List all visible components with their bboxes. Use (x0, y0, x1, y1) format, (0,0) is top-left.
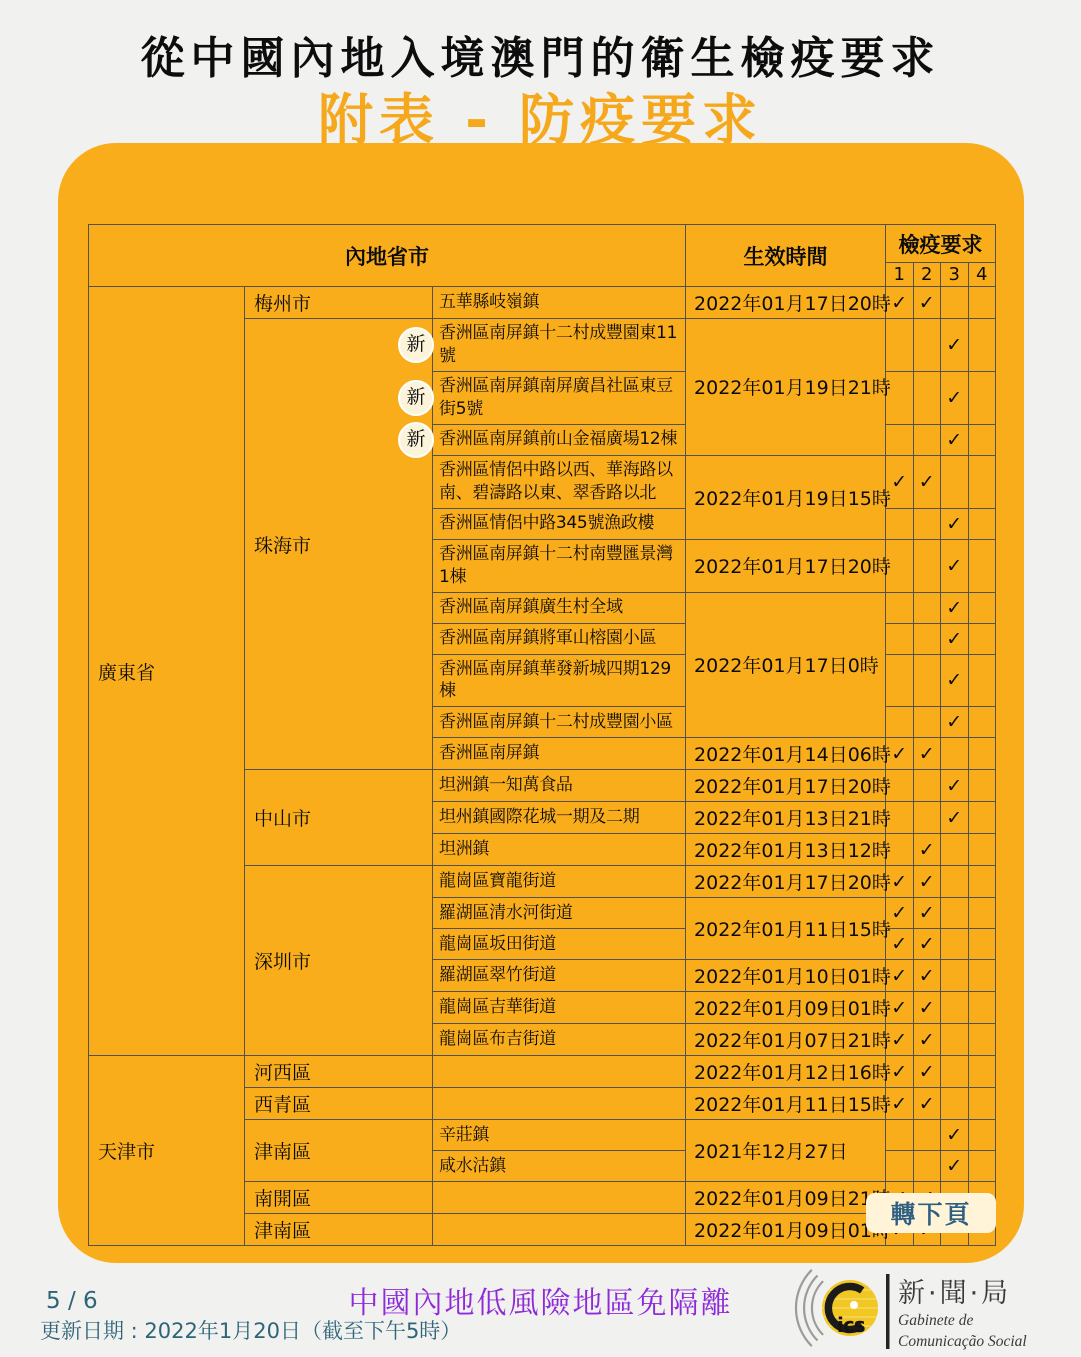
check-cell (941, 960, 969, 992)
check-cell (968, 654, 996, 707)
detail-cell: 坦州鎮國際花城一期及二期 (433, 802, 686, 834)
check-cell: ✓ (913, 287, 941, 319)
check-cell (968, 1056, 996, 1088)
check-cell (968, 508, 996, 539)
check-cell (968, 1151, 996, 1182)
check-cell: ✓ (913, 1088, 941, 1120)
check-cell (941, 1088, 969, 1120)
detail-text: 香洲區情侶中路345號漁政樓 (439, 513, 654, 533)
date-cell: 2022年01月07日21時 (686, 1024, 886, 1056)
check-cell (968, 623, 996, 654)
check-cell: ✓ (941, 1151, 969, 1182)
check-cell (886, 592, 914, 623)
detail-text: 五華縣岐嶺鎮 (439, 292, 539, 312)
detail-cell: 香洲區情侶中路345號漁政樓 (433, 508, 686, 539)
detail-cell: 龍崗區寶龍街道 (433, 866, 686, 898)
detail-cell: 龍崗區坂田街道 (433, 929, 686, 960)
date-cell: 2022年01月13日21時 (686, 802, 886, 834)
detail-cell: 香洲區南屏鎮十二村南豐匯景灣1棟 (433, 539, 686, 592)
check-cell (913, 654, 941, 707)
check-cell (913, 707, 941, 738)
date-cell: 2022年01月17日20時 (686, 770, 886, 802)
detail-text: 辛莊鎮 (439, 1125, 489, 1145)
check-cell (968, 992, 996, 1024)
date-cell: 2022年01月09日01時 (686, 1214, 886, 1246)
detail-cell: 香洲區情侶中路以西、華海路以南、碧濤路以東、翠香路以北 (433, 455, 686, 508)
detail-text: 坦洲鎮 (439, 839, 489, 859)
header-req-col: 2 (913, 263, 941, 287)
detail-cell (433, 1088, 686, 1120)
gcs-logo-disc-icon: ics (820, 1280, 880, 1337)
check-cell (913, 1151, 941, 1182)
detail-text: 香洲區南屏鎮南屏廣昌社區東豆街5號 (439, 376, 673, 419)
detail-text: 香洲區南屏鎮十二村成豐園小區 (439, 712, 673, 732)
date-cell: 2022年01月13日12時 (686, 834, 886, 866)
check-cell: ✓ (941, 592, 969, 623)
check-cell (886, 508, 914, 539)
detail-text: 香洲區情侶中路以西、華海路以南、碧濤路以東、翠香路以北 (439, 460, 673, 503)
check-cell (968, 1120, 996, 1151)
check-cell: ✓ (913, 960, 941, 992)
date-cell: 2022年01月19日21時 (686, 319, 886, 456)
header-req-col: 1 (886, 263, 914, 287)
date-cell: 2022年01月17日20時 (686, 866, 886, 898)
table-row: 天津市河西區2022年01月12日16時✓✓ (89, 1056, 996, 1088)
new-badge: 新 (398, 422, 434, 458)
detail-cell: 新香洲區南屏鎮十二村成豐園東11號 (433, 319, 686, 372)
check-cell: ✓ (913, 1024, 941, 1056)
gcs-logo-zh: 新·聞·局 (898, 1278, 1011, 1309)
check-cell: ✓ (913, 992, 941, 1024)
check-cell: ✓ (941, 1120, 969, 1151)
detail-cell: 香洲區南屏鎮華發新城四期129棟 (433, 654, 686, 707)
check-cell (886, 623, 914, 654)
check-cell (968, 287, 996, 319)
check-cell (941, 898, 969, 929)
check-cell (941, 738, 969, 770)
detail-cell (433, 1214, 686, 1246)
check-cell: ✓ (941, 539, 969, 592)
check-cell (941, 287, 969, 319)
detail-cell: 香洲區南屏鎮 (433, 738, 686, 770)
detail-text: 龍崗區吉華街道 (439, 997, 556, 1017)
detail-cell: 羅湖區清水河街道 (433, 898, 686, 929)
detail-text: 龍崗區布吉街道 (439, 1029, 556, 1049)
header-region: 內地省市 (89, 225, 686, 287)
check-cell (968, 424, 996, 455)
detail-cell: 咸水沽鎮 (433, 1151, 686, 1182)
check-cell (968, 770, 996, 802)
check-cell (886, 1120, 914, 1151)
detail-text: 坦洲鎮一知萬食品 (439, 775, 573, 795)
check-cell: ✓ (913, 738, 941, 770)
detail-cell: 新香洲區南屏鎮前山金福廣場12棟 (433, 424, 686, 455)
detail-cell (433, 1056, 686, 1088)
next-page-button[interactable]: 轉下頁 (866, 1193, 996, 1233)
city-cell: 津南區 (245, 1214, 433, 1246)
detail-cell: 香洲區南屏鎮廣生村全域 (433, 592, 686, 623)
date-cell: 2022年01月14日06時 (686, 738, 886, 770)
date-cell: 2022年01月17日0時 (686, 592, 886, 738)
check-cell: ✓ (913, 898, 941, 929)
check-cell: ✓ (941, 654, 969, 707)
check-cell: ✓ (941, 770, 969, 802)
city-cell: 梅州市 (245, 287, 433, 319)
detail-cell: 坦洲鎮一知萬食品 (433, 770, 686, 802)
check-cell (968, 592, 996, 623)
detail-cell: 坦洲鎮 (433, 834, 686, 866)
detail-text: 香洲區南屏鎮前山金福廣場12棟 (439, 429, 677, 449)
check-cell (913, 623, 941, 654)
detail-text: 龍崗區寶龍街道 (439, 871, 556, 891)
check-cell (886, 654, 914, 707)
check-cell (968, 802, 996, 834)
table-card: 內地省市生效時間檢疫要求1234廣東省梅州市五華縣岐嶺鎮2022年01月17日2… (58, 143, 1024, 1263)
check-cell (913, 592, 941, 623)
check-cell (968, 707, 996, 738)
check-cell: ✓ (913, 929, 941, 960)
gcs-logo-pt1: Gabinete de (898, 1312, 973, 1329)
check-cell: ✓ (941, 424, 969, 455)
check-cell (941, 1024, 969, 1056)
detail-cell: 香洲區南屏鎮將軍山榕園小區 (433, 623, 686, 654)
check-cell (886, 1151, 914, 1182)
check-cell (913, 371, 941, 424)
check-cell (968, 1088, 996, 1120)
check-cell (968, 929, 996, 960)
check-cell (968, 455, 996, 508)
date-cell: 2022年01月17日20時 (686, 539, 886, 592)
detail-text: 香洲區南屏鎮 (439, 743, 539, 763)
check-cell (968, 1024, 996, 1056)
check-cell: ✓ (941, 319, 969, 372)
check-cell (913, 424, 941, 455)
detail-cell: 五華縣岐嶺鎮 (433, 287, 686, 319)
detail-cell: 辛莊鎮 (433, 1120, 686, 1151)
check-cell (913, 539, 941, 592)
detail-text: 香洲區南屏鎮十二村成豐園東11號 (439, 323, 677, 366)
check-cell (941, 866, 969, 898)
check-cell (941, 834, 969, 866)
check-cell (913, 508, 941, 539)
gcs-logo: ics 新·聞·局 Gabinete de Comunicação Social (792, 1268, 1077, 1356)
check-cell (941, 455, 969, 508)
date-cell: 2022年01月09日01時 (686, 992, 886, 1024)
date-cell: 2022年01月12日16時 (686, 1056, 886, 1088)
check-cell (968, 898, 996, 929)
date-cell: 2022年01月09日21時 (686, 1182, 886, 1214)
update-date: 更新日期 : 2022年1月20日（截至下午5時） (40, 1315, 461, 1345)
date-cell: 2022年01月19日15時 (686, 455, 886, 539)
detail-cell: 香洲區南屏鎮十二村成豐園小區 (433, 707, 686, 738)
detail-text: 羅湖區清水河街道 (439, 903, 573, 923)
detail-text: 坦州鎮國際花城一期及二期 (439, 807, 639, 827)
city-cell: 津南區 (245, 1120, 433, 1182)
check-cell: ✓ (941, 802, 969, 834)
city-cell: 西青區 (245, 1088, 433, 1120)
province-cell: 廣東省 (89, 287, 245, 1056)
province-cell: 天津市 (89, 1056, 245, 1246)
detail-text: 香洲區南屏鎮將軍山榕園小區 (439, 628, 656, 648)
check-cell (968, 371, 996, 424)
city-cell: 中山市 (245, 770, 433, 866)
check-cell (886, 424, 914, 455)
check-cell (941, 929, 969, 960)
check-cell (941, 1056, 969, 1088)
detail-cell: 新香洲區南屏鎮南屏廣昌社區東豆街5號 (433, 371, 686, 424)
header-req: 檢疫要求 (886, 225, 996, 263)
date-cell: 2022年01月11日15時 (686, 898, 886, 960)
city-cell: 深圳市 (245, 866, 433, 1056)
page: 從中國內地入境澳門的衛生檢疫要求 附表 - 防疫要求 內地省市生效時間檢疫要求1… (0, 0, 1081, 1357)
check-cell (968, 539, 996, 592)
detail-text: 龍崗區坂田街道 (439, 934, 556, 954)
header-req-col: 3 (941, 263, 969, 287)
detail-cell (433, 1182, 686, 1214)
date-cell: 2022年01月10日01時 (686, 960, 886, 992)
detail-cell: 羅湖區翠竹街道 (433, 960, 686, 992)
gcs-logo-waves-icon (796, 1270, 823, 1346)
check-cell: ✓ (941, 623, 969, 654)
detail-text: 香洲區南屏鎮廣生村全域 (439, 597, 623, 617)
header-req-col: 4 (968, 263, 996, 287)
detail-cell: 龍崗區布吉街道 (433, 1024, 686, 1056)
check-cell (886, 707, 914, 738)
new-badge: 新 (398, 380, 434, 416)
detail-text: 香洲區南屏鎮十二村南豐匯景灣1棟 (439, 544, 673, 587)
detail-text: 香洲區南屏鎮華發新城四期129棟 (439, 659, 671, 702)
gcs-logo-pt2: Comunicação Social (898, 1333, 1027, 1350)
quarantine-requirements-table: 內地省市生效時間檢疫要求1234廣東省梅州市五華縣岐嶺鎮2022年01月17日2… (88, 224, 996, 1246)
check-cell (968, 960, 996, 992)
check-cell: ✓ (913, 455, 941, 508)
check-cell: ✓ (941, 707, 969, 738)
check-cell: ✓ (913, 1056, 941, 1088)
check-cell: ✓ (941, 508, 969, 539)
check-cell (941, 992, 969, 1024)
date-cell: 2022年01月11日15時 (686, 1088, 886, 1120)
check-cell (913, 1120, 941, 1151)
check-cell (913, 770, 941, 802)
new-badge: 新 (398, 327, 434, 363)
check-cell (886, 319, 914, 372)
detail-text: 羅湖區翠竹街道 (439, 965, 556, 985)
table-row: 廣東省梅州市五華縣岐嶺鎮2022年01月17日20時✓✓ (89, 287, 996, 319)
check-cell: ✓ (941, 371, 969, 424)
check-cell (968, 834, 996, 866)
header-time: 生效時間 (686, 225, 886, 287)
page-number: 5 / 6 (46, 1288, 98, 1314)
date-cell: 2021年12月27日 (686, 1120, 886, 1182)
check-cell (968, 319, 996, 372)
date-cell: 2022年01月17日20時 (686, 287, 886, 319)
check-cell (968, 738, 996, 770)
gcs-logo-monogram: ics (837, 1313, 865, 1337)
check-cell (913, 802, 941, 834)
check-cell (913, 319, 941, 372)
city-cell: 河西區 (245, 1056, 433, 1088)
check-cell (968, 866, 996, 898)
gcs-logo-divider (886, 1274, 890, 1349)
detail-text: 咸水沽鎮 (439, 1156, 506, 1176)
check-cell: ✓ (913, 866, 941, 898)
detail-cell: 龍崗區吉華街道 (433, 992, 686, 1024)
city-cell: 南開區 (245, 1182, 433, 1214)
check-cell: ✓ (913, 834, 941, 866)
